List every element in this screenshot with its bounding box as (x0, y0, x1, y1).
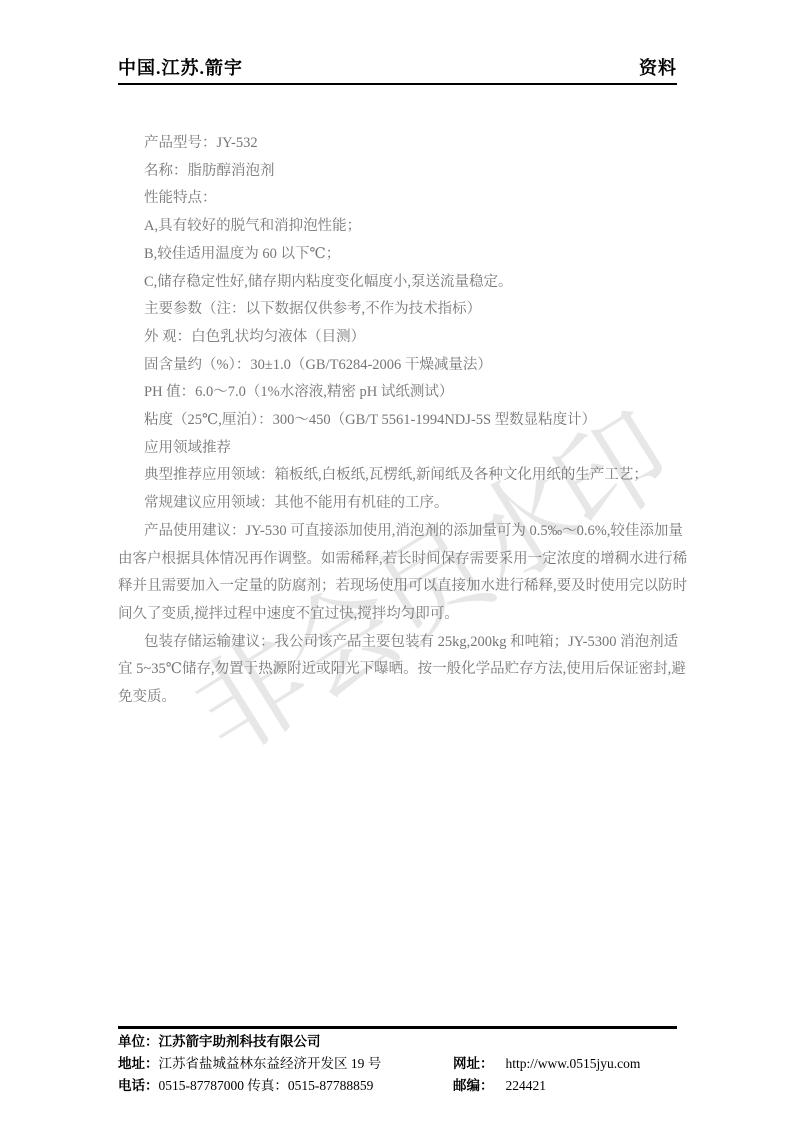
document-body: 产品型号：JY-532名称：脂肪醇消泡剂性能特点：A,具有较好的脱气和消抑泡性能… (118, 130, 678, 712)
footer-row-company: 单位：江苏箭宇助剂科技有限公司 (118, 1031, 718, 1053)
footer-address-label: 地址： (118, 1056, 159, 1071)
body-line: 宜 5~35℃储存,勿置于热源附近或阳光下曝晒。按一般化学品贮存方法,使用后保证… (118, 656, 678, 684)
footer-fax-label: 传真： (247, 1078, 288, 1093)
footer-website-label: 网址： (453, 1056, 494, 1071)
footer-row-address-website: 地址：江苏省盐城益林东益经济开发区 19 号 网址：http://www.051… (118, 1053, 718, 1075)
footer-company-value: 江苏箭宇助剂科技有限公司 (159, 1034, 321, 1049)
body-line: 免变质。 (118, 684, 678, 712)
body-line: 由客户根据具体情况再作调整。如需稀释,若长时间保存需要采用一定浓度的增稠水进行稀 (118, 546, 678, 574)
body-line: PH 值：6.0～7.0（1%水溶液,精密 pH 试纸测试） (118, 379, 678, 407)
body-line: B,较佳适用温度为 60 以下℃； (118, 241, 678, 269)
body-line: 产品使用建议：JY-530 可直接添加使用,消泡剂的添加量可为 0.5‰～0.6… (118, 518, 678, 546)
footer-postcode-label: 邮编： (453, 1078, 494, 1093)
body-line: 间久了变质,搅拌过程中速度不宜过快,搅拌均匀即可。 (118, 601, 678, 629)
footer-row-phone-postcode: 电话：0515-87787000 传真：0515-87788859 邮编：224… (118, 1075, 718, 1097)
header-doc-type-label: 资料 (639, 54, 677, 80)
body-line: 应用领域推荐 (118, 435, 678, 463)
body-line: 主要参数（注：以下数据仅供参考,不作为技术指标） (118, 296, 678, 324)
body-line: 产品型号：JY-532 (118, 130, 678, 158)
body-line: 释并且需要加入一定量的防腐剂；若现场使用可以直接加水进行稀释,要及时使用完以防时 (118, 573, 678, 601)
body-line: C,储存稳定性好,储存期内粘度变化幅度小,泵送流量稳定。 (118, 269, 678, 297)
body-line: 固含量约（%）：30±1.0（GB/T6284-2006 干燥减量法） (118, 352, 678, 380)
body-line: A,具有较好的脱气和消抑泡性能； (118, 213, 678, 241)
page-footer: 单位：江苏箭宇助剂科技有限公司 地址：江苏省盐城益林东益经济开发区 19 号 网… (118, 1031, 718, 1097)
footer-phone-label: 电话： (118, 1078, 159, 1093)
body-line: 名称：脂肪醇消泡剂 (118, 158, 678, 186)
footer-divider (118, 1026, 677, 1029)
page: 中国.江苏.箭宇 资料 非会员水印 产品型号：JY-532名称：脂肪醇消泡剂性能… (0, 0, 793, 1122)
footer-company-label: 单位： (118, 1034, 159, 1049)
footer-address-value: 江苏省盐城益林东益经济开发区 19 号 (159, 1056, 382, 1071)
footer-fax-value: 0515-87788859 (288, 1078, 374, 1093)
body-line: 外 观：白色乳状均匀液体（目测） (118, 324, 678, 352)
body-line: 包装存储运输建议：我公司该产品主要包装有 25kg,200kg 和吨箱；JY-5… (118, 629, 678, 657)
footer-website-value: http://www.0515jyu.com (506, 1056, 641, 1071)
page-header: 中国.江苏.箭宇 资料 (118, 54, 677, 85)
body-line: 典型推荐应用领域：箱板纸,白板纸,瓦楞纸,新闻纸及各种文化用纸的生产工艺； (118, 462, 678, 490)
body-line: 性能特点： (118, 185, 678, 213)
footer-postcode-value: 224421 (506, 1078, 547, 1093)
body-line: 粘度（25℃,厘泊）：300～450（GB/T 5561-1994NDJ-5S … (118, 407, 678, 435)
header-company-title: 中国.江苏.箭宇 (118, 54, 243, 80)
footer-phone-value: 0515-87787000 (159, 1078, 245, 1093)
body-line: 常规建议应用领域：其他不能用有机硅的工序。 (118, 490, 678, 518)
